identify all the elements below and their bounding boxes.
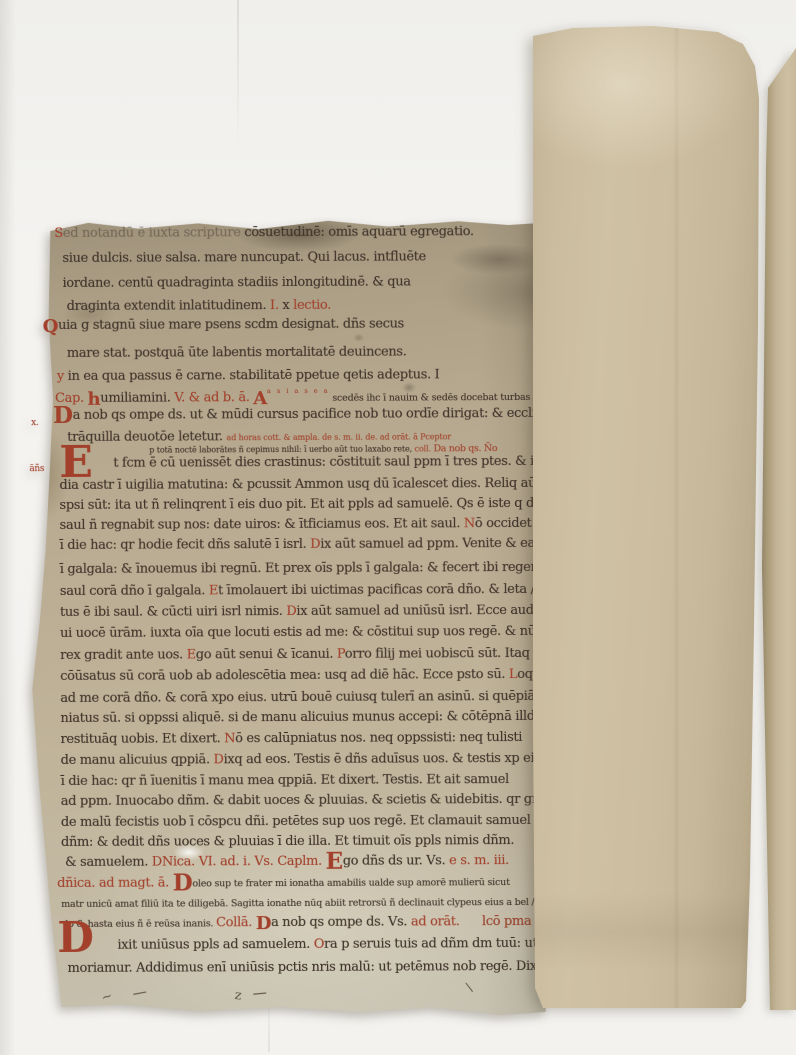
manuscript-text-segment: de malū fecistis uob ī cōspcu dñi. petēt… [61, 813, 550, 830]
manuscript-line: & samuelem. DNica. VI. ad. i. Vs. Caplm.… [65, 854, 509, 869]
manuscript-text-segment: e s. m. iii. [449, 853, 509, 868]
photo-edge-shading [0, 0, 16, 1055]
manuscript-text-segment: ī die hac: qr ñ īuenitis ī manu mea qppi… [61, 772, 509, 789]
pen-trial-mark: | [253, 991, 266, 997]
manuscript-text-segment: N [464, 516, 475, 531]
manuscript-text-segment: Da nob qs. Ño [433, 443, 497, 454]
rubric-sunday-heading: DNica. VI. ad. i. Vs. Caplm. [152, 854, 326, 870]
manuscript-text-segment: P [337, 647, 345, 662]
manuscript-line: āñs [29, 461, 44, 474]
manuscript-text-segment: E [209, 583, 218, 598]
manuscript-line: ixit uniūsus ppls ad samuelem. Ora p ser… [117, 937, 556, 952]
manuscript-text-segment: t īmolauert ibi uictimas pacificas corā … [218, 582, 535, 598]
manuscript-line: de malū fecistis uob ī cōspcu dñi. petēt… [61, 814, 550, 829]
manuscript-text-segment: ō es calūpniatus nos. neq oppssisti: neq… [235, 730, 522, 746]
manuscript-line: ī die hac: qr hodie fecit dñs salutē ī i… [60, 537, 562, 552]
manuscript-text-segment: go aūt senui & īcanui. [196, 647, 337, 663]
manuscript-text-segment: N [224, 731, 235, 746]
manuscript-line: ī die hac: qr ñ īuenitis ī manu mea qppi… [61, 773, 509, 788]
pen-trial-mark: | [133, 990, 147, 997]
manuscript-text-segment: go dñs ds ur. Vs. [343, 853, 449, 868]
manuscript-line: ui uocē ūrām. iuxta oīa que locuti estis… [60, 625, 543, 640]
manuscript-text-segment: ad ppm. Inuocabo dñm. & dabit uoces & pl… [61, 792, 545, 809]
manuscript-line: lo & hasta eius ñ ē reūsa inanis. Collā.… [65, 915, 531, 930]
manuscript-text-segment: V. & ad b. ā. [174, 390, 253, 405]
manuscript-text-segment: ixq ad eos. Testis ē dñs aduīsus uos. & … [224, 751, 549, 767]
manuscript-line: dñica. ad magt. ā. Doleo sup te frater m… [57, 875, 510, 890]
manuscript-text-segment: y [57, 369, 68, 384]
paper-leaf-surface [533, 26, 759, 1010]
manuscript-line: iordane. centū quadraginta stadiis inlon… [63, 275, 411, 290]
manuscript-line: niatus sū. si oppssi aliquē. si de manu … [60, 710, 577, 725]
manuscript-text-segment: āñs [29, 464, 44, 474]
manuscript-text-segment: saul ñ regnabit sup nos: date uiros: & ī… [60, 516, 464, 533]
manuscript-text-segment: E [187, 647, 196, 662]
manuscript-line: ad me corā dño. & corā xpo eius. utrū bo… [60, 690, 573, 705]
manuscript-text-segment: dñm: & dedit dñs uoces & pluuias ī die i… [61, 833, 514, 850]
manuscript-text-segment: ad me corā dño. & corā xpo eius. utrū bo… [60, 689, 573, 706]
initial-D-large: D [57, 913, 93, 962]
manuscript-text-segment: dia castr ī uigilia matutina: & pcussit … [59, 476, 556, 493]
manuscript-line: Quia g stagnū siue mare psens scdm desig… [43, 317, 404, 332]
manuscript-text-segment: ra p seruis tuis ad dñm dm tuū: ut nō [324, 936, 557, 952]
manuscript-line: matr unicū amat filiū ita te diligebā. S… [61, 895, 534, 910]
manuscript-text-segment: ix aūt samuel ad ppm. Venite & eamus [320, 536, 561, 552]
manuscript-line: draginta extendit inlatitudinem. I. x le… [67, 299, 331, 313]
manuscript-text-segment: x [282, 298, 293, 313]
manuscript-line: saul corā dño ī galgala. Et īmolauert ib… [60, 583, 535, 598]
manuscript-text-segment: S [54, 226, 63, 241]
manuscript-line: Sed notandū ē iuxta scripture cōsuetudin… [54, 225, 473, 240]
manuscript-text-segment: ad orāt. [411, 914, 460, 929]
manuscript-text-segment: p totā noctē laborātes ñ cepimus nihil: … [149, 444, 414, 454]
manuscript-line: dñm: & dedit dñs uoces & pluuias ī die i… [61, 834, 514, 849]
manuscript-text-segment: orro filij mei uobiscū sūt. Itaq [345, 646, 530, 662]
manuscript-fragment: Sed notandū ē iuxta scripture cōsuetudin… [28, 217, 545, 1019]
manuscript-text-segment: ī die hac: qr hodie fecit dñs salutē ī i… [60, 537, 311, 553]
manuscript-text-segment: & samuelem. [65, 855, 152, 870]
manuscript-text-segment: Collā. [216, 915, 256, 930]
manuscript-text-segment: ix aūt samuel ad uniūsū isrl. Ecce audi [296, 603, 537, 619]
manuscript-line: ad ppm. Inuocabo dñm. & dabit uoces & pl… [61, 793, 545, 808]
manuscript-text-segment: spsi sūt: ita ut ñ relinqrent ī eis duo … [59, 496, 548, 513]
manuscript-line: cōūsatus sū corā uob ab adolescētia mea:… [60, 668, 548, 683]
paper-leaf-edge [760, 48, 796, 1010]
manuscript-text-segment: cōūsatus sū corā uob ab adolescētia mea:… [60, 667, 509, 684]
crease-line [237, 0, 239, 150]
initial-D-collect: D [53, 402, 73, 429]
manuscript-text-segment: rex gradit ante uos. [60, 647, 187, 663]
manuscript-line: x. [31, 415, 38, 428]
manuscript-line: spsi sūt: ita ut ñ relinqrent ī eis duo … [59, 497, 548, 512]
manuscript-text-segment: D [310, 537, 320, 552]
manuscript-line: tus ē ibi saul. & cūcti uiri isrl nimis.… [60, 604, 538, 619]
manuscript-text-segment: h [88, 389, 101, 410]
manuscript-text-segment: a s i a s e a [267, 387, 330, 395]
rubric-magnificat: dñica. ad magt. ā. [57, 876, 173, 892]
manuscript-text-segment: in ea qua passus ē carne. stabilitatē pp… [68, 367, 440, 384]
manuscript-text-segment: draginta extendit inlatitudinem. [67, 298, 270, 314]
manuscript-text-segment: E [326, 848, 343, 875]
manuscript-line: D [57, 921, 93, 955]
paper-leaf-edge-surface [760, 48, 796, 1010]
initial-Q: Q [43, 316, 58, 337]
manuscript-text-segment: niatus sū. si oppssi aliquē. si de manu … [60, 709, 577, 726]
manuscript-text-segment: a nob qs ompe ds. ut & mūdi cursus pacif… [73, 406, 567, 423]
manuscript-text-segment: D [173, 869, 193, 896]
manuscript-text-segment: oleo sup te frater mi ionatha amabilis u… [192, 877, 509, 889]
manuscript-line: moriamur. Addidimus enī uniūsis pctis nr… [67, 960, 560, 975]
manuscript-text-segment: coll. [415, 444, 434, 453]
manuscript-text-segment: uia g stagnū siue mare psens scdm design… [58, 316, 404, 333]
manuscript-text-segment: ui uocē ūrām. iuxta oīa que locuti estis… [60, 624, 543, 641]
manuscript-line: dia castr ī uigilia matutina: & pcussit … [59, 477, 556, 492]
manuscript-line: mare stat. postquā ūte labentis mortalit… [67, 345, 407, 359]
manuscript-line: Da nob qs ompe ds. ut & mūdi cursus paci… [53, 407, 567, 422]
manuscript-text-segment: matr unicū amat filiū ita te diligebā. S… [61, 897, 534, 910]
manuscript-line: siue dulcis. siue salsa. mare nuncupat. … [62, 250, 426, 265]
pen-trial-mark: / [463, 982, 476, 993]
manuscript-text-segment: restituāq uobis. Et dixert. [60, 731, 224, 747]
manuscript-line: de manu alicuius qppiā. Dixq ad eos. Tes… [61, 752, 549, 767]
rubric-lectio: lectio. [293, 298, 331, 313]
pen-trial-mark: ~ [100, 989, 115, 1005]
manuscript-line: rex gradit ante uos. Ego aūt senui & īca… [60, 647, 530, 662]
manuscript-text-segment: a nob qs ompe ds. Vs. [271, 914, 411, 930]
manuscript-text-segment: siue dulcis. siue salsa. mare nuncupat. … [62, 249, 426, 266]
manuscript-text-segment: L [509, 667, 517, 682]
manuscript-line: Cap. humiliamini. V. & ad b. ā. Aa s i a… [55, 387, 552, 405]
manuscript-text-segment: ed notandū ē iuxta scripture [63, 225, 245, 241]
manuscript-text-segment: ixit uniūsus ppls ad samuelem. [117, 937, 313, 953]
manuscript-text-segment: iordane. centū quadraginta stadiis inlon… [63, 274, 411, 291]
manuscript-line: y in ea qua passus ē carne. stabilitatē … [57, 368, 439, 383]
manuscript-text-segment: moriamur. Addidimus enī uniūsis pctis nr… [67, 959, 560, 976]
manuscript-text-segment: umiliamini. [100, 390, 174, 405]
manuscript-text: Sed notandū ē iuxta scripture cōsuetudin… [28, 217, 545, 1019]
manuscript-line: E [59, 445, 92, 480]
manuscript-text-segment: tus ē ibi saul. & cūcti uiri isrl nimis. [60, 604, 286, 620]
manuscript-text-segment: cōsuetudinē: omīs aquarū egregatio. [244, 224, 473, 240]
paper-leaf [533, 26, 759, 1010]
manuscript-text-segment: de manu alicuius qppiā. [61, 752, 214, 768]
manuscript-text-segment: A [253, 388, 267, 409]
manuscript-text-segment: saul corā dño ī galgala. [60, 583, 209, 599]
manuscript-line: restituāq uobis. Et dixert. Nō es calūpn… [60, 731, 522, 746]
manuscript-text-segment: D [286, 604, 296, 619]
manuscript-line: saul ñ regnabit sup nos: date uiros: & ī… [60, 517, 558, 532]
manuscript-text-segment: x. [31, 418, 38, 428]
manuscript-text-segment: ī galgala: & īnouemus ibi regnū. Et prex… [60, 560, 543, 577]
manuscript-text-segment: D [213, 752, 223, 767]
manuscript-text-segment: D [256, 913, 271, 934]
manuscript-text-segment: scedēs ihc ī nauim & sedēs docebat turba… [330, 392, 553, 404]
manuscript-text-segment: mare stat. postquā ūte labentis mortalit… [67, 344, 407, 360]
photo-background: { "photo": { "background_color": "#f3f2e… [0, 0, 796, 1055]
manuscript-text-segment: O [314, 937, 324, 952]
pen-trial-mark: z [234, 989, 243, 1003]
manuscript-line: ī galgala: & īnouemus ibi regnū. Et prex… [60, 561, 543, 576]
manuscript-text-segment: I. [270, 298, 282, 313]
rubric-lectio-prima: lcō pma [482, 915, 531, 928]
